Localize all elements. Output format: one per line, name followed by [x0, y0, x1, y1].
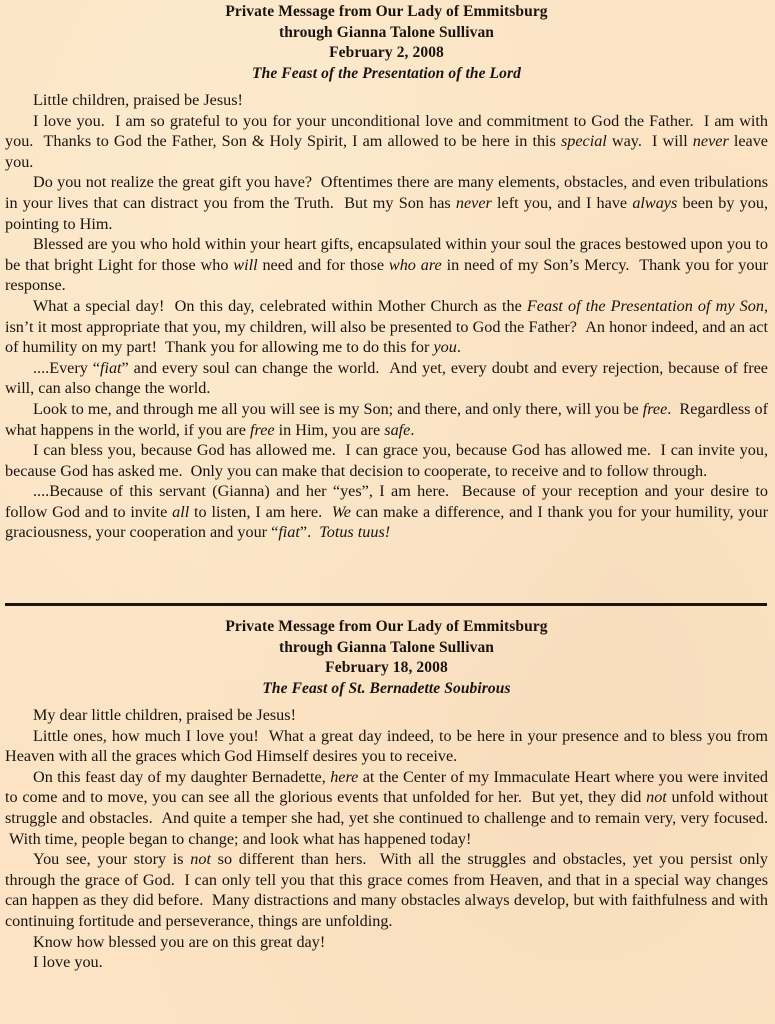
- text-run: I love you.: [33, 953, 103, 971]
- message-subtitle: through Gianna Talone Sullivan: [5, 23, 768, 44]
- paragraph: Look to me, and through me all you will …: [5, 399, 768, 440]
- text-run: You see, your story is: [33, 850, 190, 868]
- emphasis-text: special: [561, 132, 607, 150]
- emphasis-text: fiat: [278, 523, 300, 541]
- paragraph: Blessed are you who hold within your hea…: [5, 234, 768, 296]
- paragraph: Know how blessed you are on this great d…: [5, 932, 768, 953]
- text-run: .: [457, 338, 461, 356]
- emphasis-text: We: [332, 503, 351, 521]
- message-body: My dear little children, praised be Jesu…: [5, 705, 768, 973]
- paragraph: ....Because of this servant (Gianna) and…: [5, 481, 768, 543]
- message-date: February 2, 2008: [5, 43, 768, 64]
- message-feb-18-2008: Private Message from Our Lady of Emmitsb…: [5, 617, 768, 973]
- text-run: to listen, I am here.: [189, 503, 332, 521]
- emphasis-text: will: [233, 256, 257, 274]
- paragraph: I love you. I am so grateful to you for …: [5, 111, 768, 173]
- emphasis-text: safe: [384, 421, 410, 439]
- emphasis-text: all: [172, 503, 189, 521]
- text-run: On this feast day of my daughter Bernade…: [33, 768, 330, 786]
- emphasis-text: Feast of the Presentation of my Son: [527, 297, 764, 315]
- text-run: My dear little children, praised be Jesu…: [33, 706, 296, 724]
- message-title: Private Message from Our Lady of Emmitsb…: [5, 617, 768, 638]
- message-feb-2-2008: Private Message from Our Lady of Emmitsb…: [5, 2, 768, 543]
- message-date: February 18, 2008: [5, 658, 768, 679]
- emphasis-text: fiat: [100, 359, 122, 377]
- message-feast: The Feast of St. Bernadette Soubirous: [5, 679, 768, 700]
- section-divider: [5, 603, 767, 606]
- message-header: Private Message from Our Lady of Emmitsb…: [5, 2, 768, 84]
- emphasis-text: here: [330, 768, 358, 786]
- text-run: left you, and I have: [492, 194, 632, 212]
- text-run: need and for those: [258, 256, 389, 274]
- text-run: Know how blessed you are on this great d…: [33, 933, 325, 951]
- message-feast: The Feast of the Presentation of the Lor…: [5, 64, 768, 85]
- paragraph: What a special day! On this day, celebra…: [5, 296, 768, 358]
- text-run: way. I will: [607, 132, 693, 150]
- paragraph: ....Every “fiat” and every soul can chan…: [5, 358, 768, 399]
- emphasis-text: never: [456, 194, 492, 212]
- emphasis-text: always: [632, 194, 677, 212]
- text-run: Look to me, and through me all you will …: [33, 400, 643, 418]
- text-run: ”.: [300, 523, 319, 541]
- message-header: Private Message from Our Lady of Emmitsb…: [5, 617, 768, 699]
- emphasis-text: free: [250, 421, 275, 439]
- emphasis-text: you: [433, 338, 456, 356]
- message-body: Little children, praised be Jesus!I love…: [5, 90, 768, 543]
- message-title: Private Message from Our Lady of Emmitsb…: [5, 2, 768, 23]
- paragraph: My dear little children, praised be Jesu…: [5, 705, 768, 726]
- text-run: Little ones, how much I love you! What a…: [5, 727, 768, 766]
- document-page: Private Message from Our Lady of Emmitsb…: [0, 0, 775, 1024]
- text-run: in Him, you are: [275, 421, 385, 439]
- emphasis-text: who are: [389, 256, 442, 274]
- paragraph: Little children, praised be Jesus!: [5, 90, 768, 111]
- emphasis-text: not: [190, 850, 211, 868]
- paragraph: You see, your story is not so different …: [5, 849, 768, 931]
- emphasis-text: not: [646, 788, 667, 806]
- text-run: I can bless you, because God has allowed…: [5, 441, 768, 480]
- emphasis-text: free: [643, 400, 668, 418]
- paragraph: I love you.: [5, 952, 768, 973]
- text-run: .: [410, 421, 414, 439]
- text-run: Little children, praised be Jesus!: [33, 91, 243, 109]
- emphasis-text: Totus tuus!: [319, 523, 390, 541]
- paragraph: Little ones, how much I love you! What a…: [5, 726, 768, 767]
- message-subtitle: through Gianna Talone Sullivan: [5, 638, 768, 659]
- text-run: ....Every “: [33, 359, 100, 377]
- paragraph: On this feast day of my daughter Bernade…: [5, 767, 768, 849]
- paragraph: I can bless you, because God has allowed…: [5, 440, 768, 481]
- paragraph: Do you not realize the great gift you ha…: [5, 172, 768, 234]
- emphasis-text: never: [693, 132, 729, 150]
- text-run: What a special day! On this day, celebra…: [33, 297, 527, 315]
